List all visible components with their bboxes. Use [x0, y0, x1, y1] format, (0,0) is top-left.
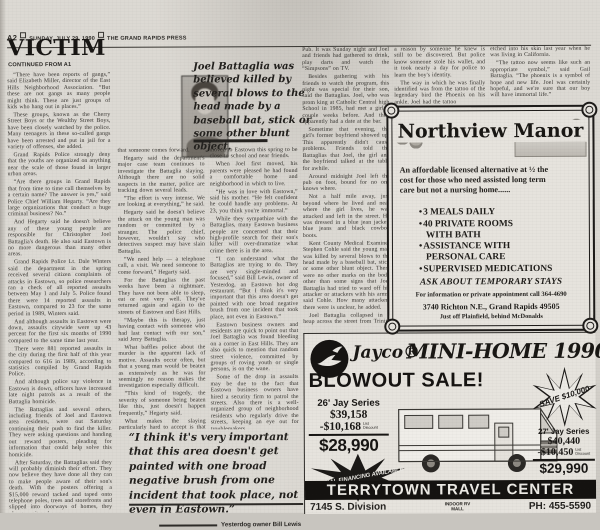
article-column-1: “There have been reports of gangs,” said…	[7, 72, 112, 512]
offer-series: 26' Jay Series	[309, 398, 389, 409]
article-headline: VICTIM	[7, 35, 106, 61]
northview-ad-title-text: Northview Manor	[393, 120, 589, 143]
northview-ad-tagline: ASK ABOUT TEMPORARY STAYS	[389, 276, 593, 287]
article-paragraph: Not a half mile away, just beyond where …	[303, 194, 390, 239]
article-paragraph: etched into his skin last year when he w…	[490, 46, 590, 59]
jayco-ad: Jayco® MINI-HOME 1990 BLOWOUT SALE! 26' …	[303, 332, 596, 513]
article-paragraph: When Joel first moved, his parents were …	[210, 161, 298, 187]
offer-27ft: 27' Jay Series $40,440 -$10,450 List Dis…	[533, 427, 595, 476]
article-paragraph: After Saturday, the Battaglias said they…	[9, 459, 112, 512]
northview-ad-bullet: ASSISTANCE WITH PERSONAL CARE	[419, 241, 579, 263]
article-paragraph: Pub. It was Sunday night and Joel and fr…	[302, 47, 389, 73]
article-paragraph: While they sympathize with the Battaglia…	[210, 216, 298, 255]
article-paragraph: Grand Rapids Police strongly deny that t…	[8, 152, 111, 178]
article-paragraph: The way in which he was finally identifi…	[394, 80, 485, 105]
article-paragraph: Besides gathering with his friends to wa…	[302, 74, 389, 126]
northview-ad-bullet: 3 MEALS DAILY	[419, 207, 579, 218]
article-paragraph: “There have been reports of gangs,” said…	[7, 72, 110, 111]
dealer-phone: PH: 455-5590	[529, 501, 591, 512]
offer-list-price: $39,158	[309, 409, 389, 421]
article-paragraph: moved to Eastown this spring to be close…	[210, 147, 298, 160]
article-paragraph: What makes the slaying particularly hard…	[119, 418, 206, 430]
article-column-2: that someone comes forward.Hegarty said …	[118, 147, 206, 429]
corner-ornament-icon	[581, 102, 597, 118]
article-paragraph: “Maybe this is therapy, just having cont…	[118, 317, 205, 343]
article-paragraph: There were 881 reported assaults in the …	[8, 346, 111, 378]
pull-quote: “I think it's very important that this a…	[129, 430, 301, 513]
jayco-ad-title: MINI-HOME 1990	[406, 339, 594, 364]
northview-ad-intro: An affordable licensed alternative at ½ …	[400, 165, 552, 195]
continued-from-tag: CONTINUED FROM A1	[8, 62, 71, 68]
newspaper-page: A2SUNDAY, JULY 29, 1990THE GRAND RAPIDS …	[0, 0, 600, 513]
dealer-footer: 7145 S. Division INDOOR RV MALL PH: 455-…	[310, 500, 591, 513]
northview-ad-phone-line: For information or private appointment c…	[389, 291, 593, 299]
article-column-4: Pub. It was Sunday night and Joel and fr…	[302, 47, 390, 325]
article-paragraph: that someone comes forward.	[118, 147, 205, 154]
northview-ad-bullet: 40 PRIVATE ROOMS WITH BATH	[419, 219, 579, 241]
article-paragraph: And although police say violence in East…	[9, 379, 112, 405]
page-sheet: A2SUNDAY, JULY 29, 1990THE GRAND RAPIDS …	[0, 0, 600, 513]
jayco-ad-subtitle: BLOWOUT SALE!	[308, 369, 483, 393]
article-paragraph: These groups, known as the Cherry Street…	[7, 112, 110, 151]
offer-26ft: 26' Jay Series $39,158 -$10,168 List Dis…	[309, 398, 389, 456]
article-paragraph: And Hegarty said he doesn't believe any …	[8, 219, 111, 258]
article-paragraph: Some of the drop in assaults may be due …	[211, 374, 299, 429]
article-paragraph: “We need help — a telephone call, a visi…	[118, 256, 205, 276]
offer-discount-row: -$10,168 List Discount	[309, 421, 389, 436]
northview-ad-title: Northview Manor	[388, 120, 592, 143]
article-column-5: a reason by someone he knew is still to …	[394, 46, 485, 104]
northview-manor-ad: Northview Manor An affordable licensed a…	[386, 105, 595, 332]
article-column-3: moved to Eastown this spring to be close…	[210, 147, 299, 429]
pull-quote-text: “I think it's very important that this a…	[129, 430, 301, 513]
northview-ad-bullets: 3 MEALS DAILY40 PRIVATE ROOMS WITH BATHA…	[419, 207, 579, 276]
save-starburst: SAVE $10,000	[532, 367, 596, 427]
article-paragraph: Eastown business owners and residents ar…	[210, 322, 298, 374]
offer-discount: -$10,168	[320, 421, 361, 433]
corner-ornament-icon	[384, 319, 400, 335]
article-paragraph: For the Battaglias the past weeks have b…	[118, 277, 205, 316]
save-starburst-text: SAVE $10,000	[525, 358, 600, 435]
corner-ornament-icon	[383, 103, 399, 119]
article-paragraph: Hegarty said the department's major case…	[118, 155, 205, 194]
offer-list-price: $40,440	[533, 436, 595, 447]
offer-series: 27' Jay Series	[533, 427, 595, 436]
article-paragraph: What baffles police about the murder is …	[118, 344, 205, 389]
article-paragraph: “I can understand what the Battaglias ar…	[210, 256, 298, 320]
offer-discount-row: -$10,450 List Discount	[533, 447, 595, 461]
dealer-note: INDOOR RV MALL	[439, 502, 477, 511]
deck-quote-rule	[193, 139, 267, 142]
offer-discount-note: List Discount	[575, 448, 590, 456]
article-paragraph: The Battaglias and several others, inclu…	[9, 406, 112, 458]
offer-discount: -$10,450	[538, 447, 574, 458]
northview-ad-address2: Just off Plainfield, behind McDonalds	[389, 313, 593, 321]
dealer-address: 7145 S. Division	[310, 502, 386, 513]
corner-ornament-icon	[582, 318, 598, 334]
article-paragraph: “Are there groups in Grand Rapids that f…	[8, 179, 111, 218]
article-paragraph: Around midnight Joel left the pub on foo…	[303, 173, 390, 193]
article-paragraph: Sometime that evening, the girl's former…	[302, 127, 389, 172]
northview-ad-bullet: SUPERVISED MEDICATIONS	[419, 264, 579, 275]
article-paragraph: “This kind of tragedy, the severity of s…	[119, 391, 206, 417]
masthead-paper-name: THE GRAND RAPIDS PRESS	[107, 35, 187, 41]
article-paragraph: And although assaults in Eastown were do…	[8, 318, 111, 344]
article-column-6: etched into his skin last year when he w…	[490, 46, 590, 104]
dealer-name-bar: TERRYTOWN TRAVEL CENTER	[305, 480, 596, 500]
article-paragraph: a reason by someone he knew is still to …	[394, 46, 485, 78]
article-paragraph: “The effort is very intense. We are look…	[118, 195, 205, 208]
article-paragraph: Hegarty said he doesn't believe the atta…	[118, 210, 205, 255]
article-paragraph: “The tattoo now seems like such an appro…	[490, 60, 590, 99]
article-paragraph: Kent County Medical Examiner Stephen Coh…	[303, 240, 390, 311]
article-paragraph: Joel Battaglia collapsed in a heap acros…	[303, 312, 390, 325]
article-paragraph: Grand Rapids Police Lt. Dale Winters sai…	[8, 259, 111, 317]
offer-discount-note: List Discount	[363, 423, 378, 431]
northview-ad-address: 3740 Richton N.E., Grand Rapids 49505	[389, 302, 593, 312]
offer-sale-price: $29,990	[533, 461, 595, 476]
article-paragraph: “He was in love with Eastown,” said his …	[210, 189, 298, 215]
